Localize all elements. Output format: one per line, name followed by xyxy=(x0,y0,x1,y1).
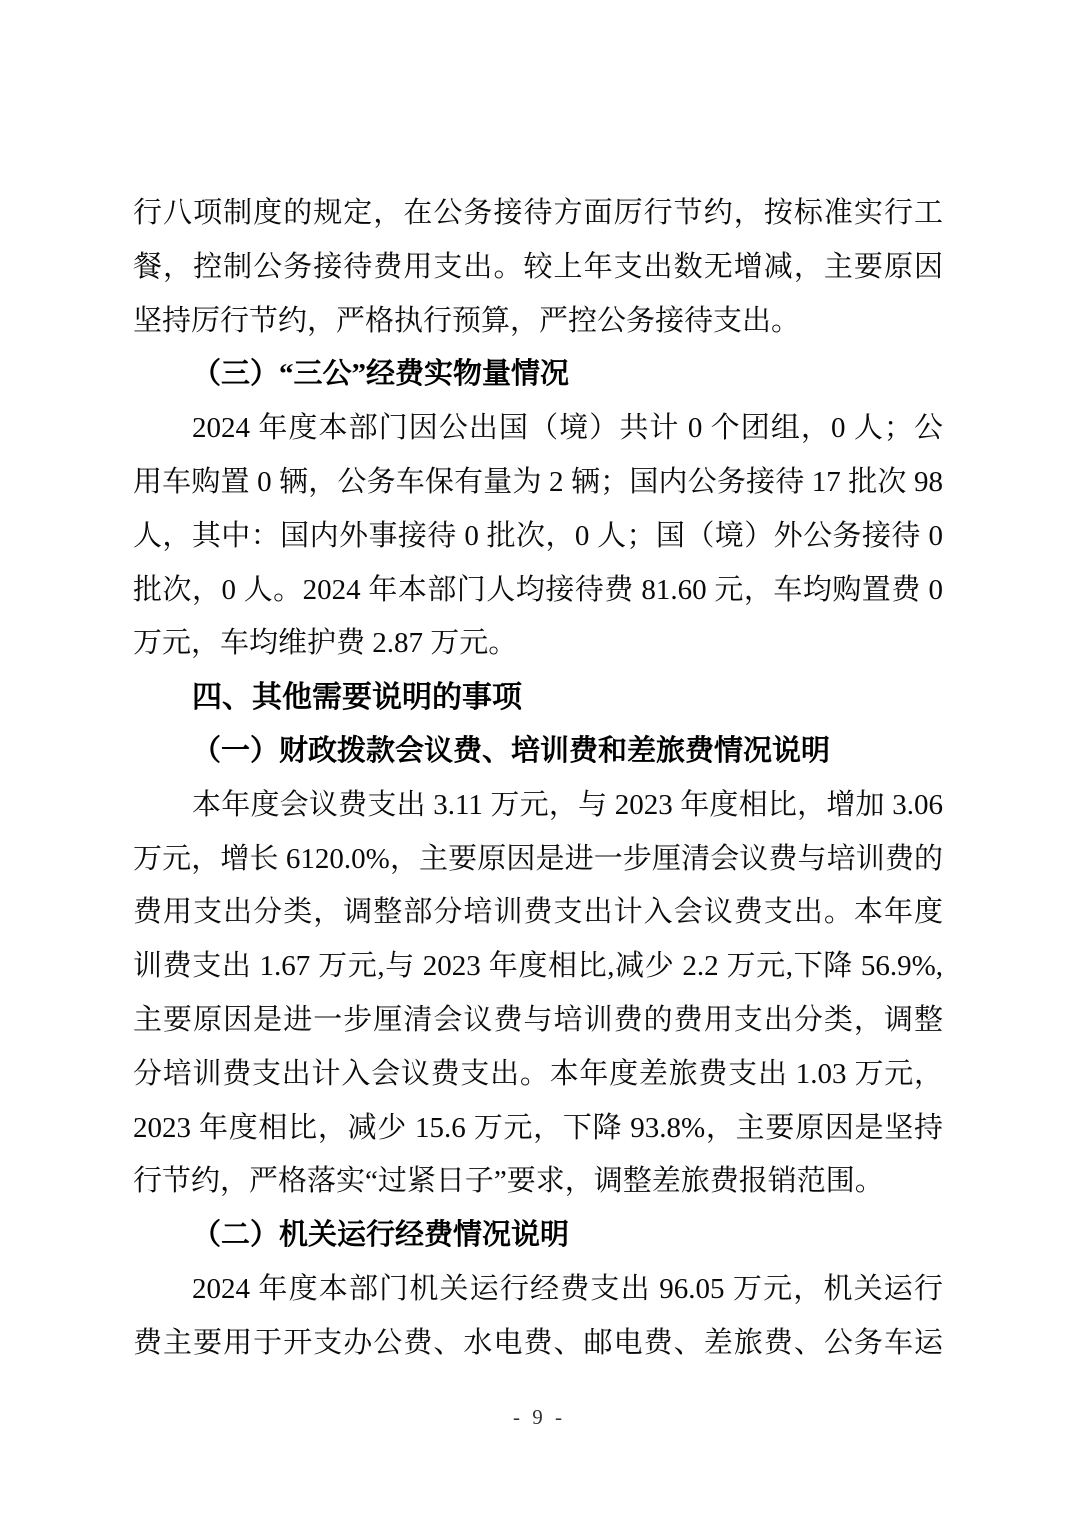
text-line: 批次，0 人。2024 年本部门人均接待费 81.60 元，车均购置费 0 xyxy=(133,564,943,618)
text-line: 2024 年度本部门机关运行经费支出 96.05 万元，机关运行经 xyxy=(133,1263,943,1317)
text-line: 分培训费支出计入会议费支出。本年度差旅费支出 1.03 万元，与 xyxy=(133,1048,943,1102)
text-line: 万元，车均维护费 2.87 万元。 xyxy=(133,617,943,671)
text-line: 本年度会议费支出 3.11 万元，与 2023 年度相比，增加 3.06 xyxy=(133,779,943,833)
heading-section-4-other-matters: 四、其他需要说明的事项 xyxy=(133,671,943,725)
paragraph-operating-expense-detail: 2024 年度本部门机关运行经费支出 96.05 万元，机关运行经费主要用于开支… xyxy=(133,1263,943,1371)
text-line: 四、其他需要说明的事项 xyxy=(133,671,943,725)
text-line: 主要原因是进一步厘清会议费与培训费的费用支出分类，调整部 xyxy=(133,994,943,1048)
text-line: （三）“三公”经费实物量情况 xyxy=(133,348,943,402)
document-content: 行八项制度的规定，在公务接待方面厉行节约，按标准实行工作餐，控制公务接待费用支出… xyxy=(133,187,943,1371)
heading-section-3-physical-quantity: （三）“三公”经费实物量情况 xyxy=(133,348,943,402)
text-line: 人，其中：国内外事接待 0 批次，0 人；国（境）外公务接待 0 xyxy=(133,510,943,564)
text-line: 餐，控制公务接待费用支出。较上年支出数无增减，主要原因是 xyxy=(133,241,943,295)
heading-section-4-2-operating-expense: （二）机关运行经费情况说明 xyxy=(133,1209,943,1263)
paragraph-reception-expense-continued: 行八项制度的规定，在公务接待方面厉行节约，按标准实行工作餐，控制公务接待费用支出… xyxy=(133,187,943,348)
text-line: 训费支出 1.67 万元,与 2023 年度相比,减少 2.2 万元,下降 56… xyxy=(133,940,943,994)
page-number: - 9 - xyxy=(0,1402,1075,1432)
text-line: （一）财政拨款会议费、培训费和差旅费情况说明 xyxy=(133,725,943,779)
text-line: 行节约，严格落实“过紧日子”要求，调整差旅费报销范围。 xyxy=(133,1155,943,1209)
heading-section-4-1-meeting-training-travel: （一）财政拨款会议费、培训费和差旅费情况说明 xyxy=(133,725,943,779)
text-line: 2024 年度本部门因公出国（境）共计 0 个团组，0 人；公务 xyxy=(133,402,943,456)
document-page: 行八项制度的规定，在公务接待方面厉行节约，按标准实行工作餐，控制公务接待费用支出… xyxy=(0,0,1075,1520)
text-line: 费用支出分类，调整部分培训费支出计入会议费支出。本年度培 xyxy=(133,886,943,940)
text-line: 坚持厉行节约，严格执行预算，严控公务接待支出。 xyxy=(133,295,943,349)
text-line: 2023 年度相比，减少 15.6 万元，下降 93.8%，主要原因是坚持厉 xyxy=(133,1102,943,1156)
text-line: 行八项制度的规定，在公务接待方面厉行节约，按标准实行工作 xyxy=(133,187,943,241)
paragraph-meeting-training-travel-detail: 本年度会议费支出 3.11 万元，与 2023 年度相比，增加 3.06万元，增… xyxy=(133,779,943,1209)
text-line: 万元，增长 6120.0%，主要原因是进一步厘清会议费与培训费的 xyxy=(133,833,943,887)
text-line: （二）机关运行经费情况说明 xyxy=(133,1209,943,1263)
paragraph-physical-quantity-detail: 2024 年度本部门因公出国（境）共计 0 个团组，0 人；公务用车购置 0 辆… xyxy=(133,402,943,671)
text-line: 费主要用于开支办公费、水电费、邮电费、差旅费、公务车运行 xyxy=(133,1317,943,1371)
text-line: 用车购置 0 辆，公务车保有量为 2 辆；国内公务接待 17 批次 98 xyxy=(133,456,943,510)
